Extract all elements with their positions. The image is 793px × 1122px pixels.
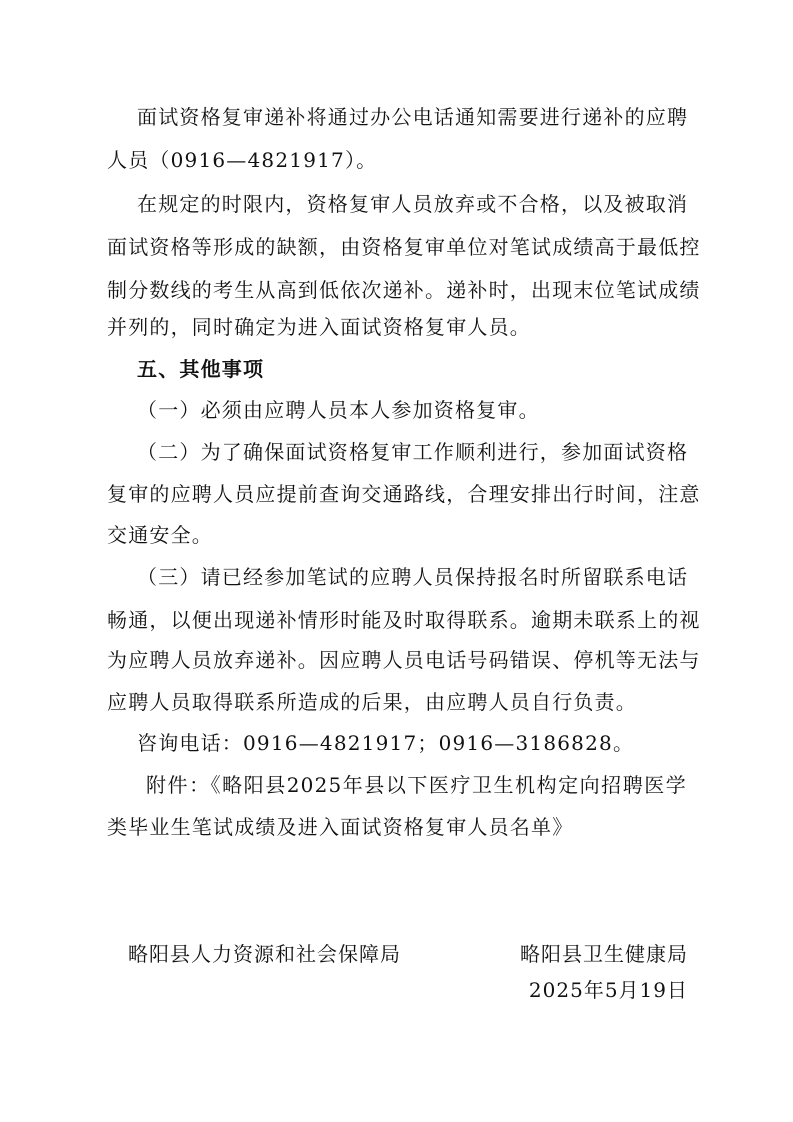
item-3-line-1: （三）请已经参加笔试的应聘人员保持报名时所留联系电话 xyxy=(137,563,687,591)
attachment-line-2: 类毕业生笔试成绩及进入面试资格复审人员名单》 xyxy=(107,813,687,841)
item-3-line-3: 为应聘人员放弃递补。因应聘人员电话号码错误、停机等无法与 xyxy=(107,646,687,674)
item-3-line-2: 畅通，以便出现递补情形时能及时取得联系。逾期未联系上的视 xyxy=(107,606,687,634)
paragraph-1-line-1: 面试资格复审递补将通过办公电话通知需要进行递补的应聘 xyxy=(137,103,687,131)
item-2-line-3: 交通安全。 xyxy=(107,521,687,549)
signature-hr-bureau: 略阳县人力资源和社会保障局 xyxy=(128,940,401,968)
section-heading: 五、其他事项 xyxy=(137,355,687,383)
document-page: 面试资格复审递补将通过办公电话通知需要进行递补的应聘 人员（0916—48219… xyxy=(0,0,793,1122)
item-2-line-1: （二）为了确保面试资格复审工作顺利进行，参加面试资格 xyxy=(137,438,687,466)
item-2-line-2: 复审的应聘人员应提前查询交通路线，合理安排出行时间，注意 xyxy=(107,480,687,508)
paragraph-2-line-4: 并列的，同时确定为进入面试资格复审人员。 xyxy=(107,313,687,341)
signature-health-bureau: 略阳县卫生健康局 xyxy=(520,940,688,968)
attachment-line-1: 附件：《略阳县2025年县以下医疗卫生机构定向招聘医学 xyxy=(146,771,687,799)
item-3-line-4: 应聘人员取得联系所造成的后果，由应聘人员自行负责。 xyxy=(107,688,687,716)
paragraph-1-line-2: 人员（0916—4821917）。 xyxy=(107,146,687,174)
item-1-line-1: （一）必须由应聘人员本人参加资格复审。 xyxy=(137,396,687,424)
paragraph-2-line-1: 在规定的时限内，资格复审人员放弃或不合格，以及被取消 xyxy=(137,190,687,218)
signature-date: 2025年5月19日 xyxy=(529,976,688,1004)
paragraph-2-line-2: 面试资格等形成的缺额，由资格复审单位对笔试成绩高于最低控 xyxy=(107,233,687,261)
paragraph-2-line-3: 制分数线的考生从高到低依次递补。递补时，出现末位笔试成绩 xyxy=(107,276,687,304)
contact-phone: 咨询电话：0916—4821917；0916—3186828。 xyxy=(137,729,687,757)
